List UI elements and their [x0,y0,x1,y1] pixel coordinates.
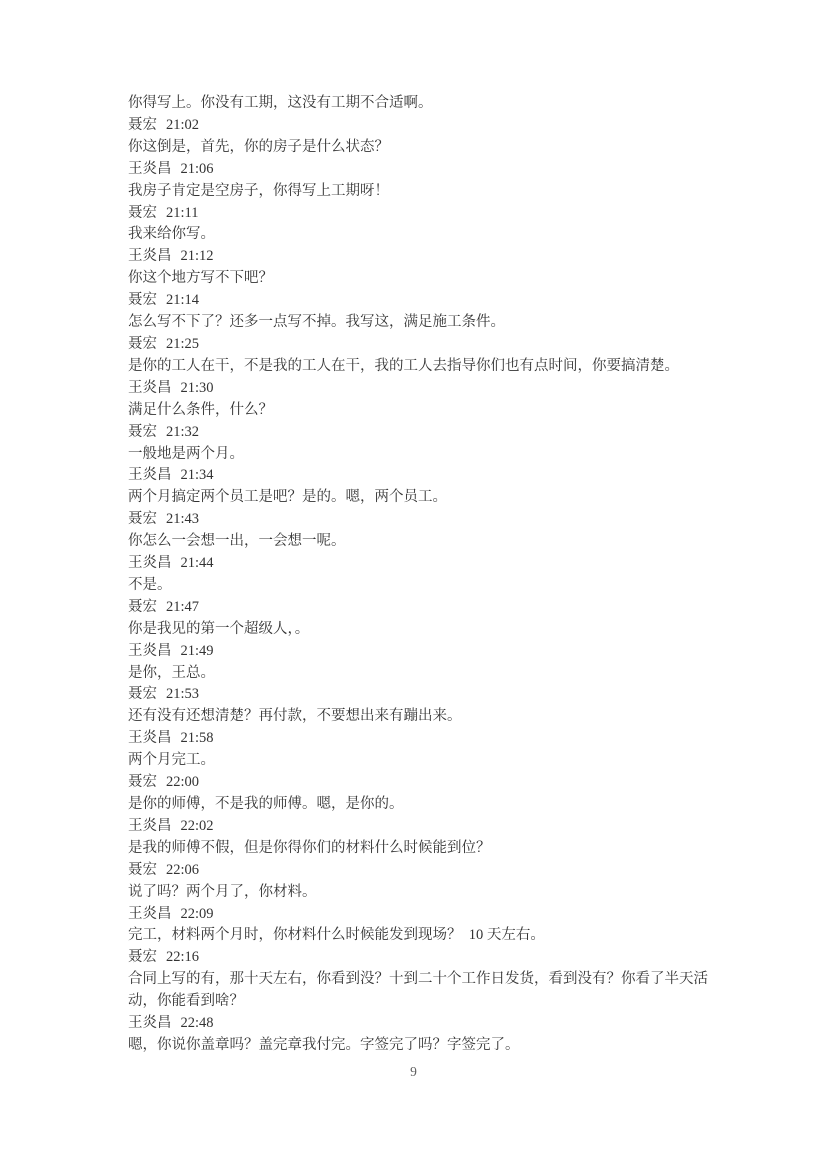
transcript-text: 还有没有还想清楚？再付款，不要想出来有蹦出来。 [128,706,714,728]
speaker-time-row: 聂宏21:02 [128,115,714,137]
document-page: 你得写上。你没有工期，这没有工期不合适啊。聂宏21:02你这倒是，首先，你的房子… [0,0,827,1169]
speaker-time-row: 聂宏22:00 [128,772,714,794]
timestamp: 21:14 [166,290,199,312]
speaker-time-row: 王炎昌22:02 [128,816,714,838]
transcript-text: 完工，材料两个月时，你材料什么时候能发到现场？ 10 天左右。 [128,925,714,947]
transcript-text: 满足什么条件，什么？ [128,400,714,422]
timestamp: 21:34 [181,465,214,487]
transcript-text: 不是。 [128,575,714,597]
transcript: 你得写上。你没有工期，这没有工期不合适啊。聂宏21:02你这倒是，首先，你的房子… [128,93,714,1057]
speaker-name: 聂宏 [128,597,157,619]
timestamp: 21:25 [166,334,199,356]
timestamp: 22:16 [166,947,199,969]
transcript-text: 两个月完工。 [128,750,714,772]
speaker-time-row: 王炎昌21:34 [128,465,714,487]
speaker-name: 王炎昌 [128,641,172,663]
timestamp: 22:06 [166,860,199,882]
transcript-text: 你得写上。你没有工期，这没有工期不合适啊。 [128,93,714,115]
speaker-time-row: 聂宏21:32 [128,422,714,444]
speaker-time-row: 王炎昌21:06 [128,159,714,181]
speaker-name: 王炎昌 [128,246,172,268]
speaker-name: 聂宏 [128,860,157,882]
speaker-name: 王炎昌 [128,553,172,575]
speaker-name: 聂宏 [128,422,157,444]
speaker-time-row: 王炎昌21:12 [128,246,714,268]
speaker-time-row: 王炎昌22:09 [128,904,714,926]
timestamp: 21:06 [181,159,214,181]
speaker-time-row: 王炎昌21:30 [128,378,714,400]
timestamp: 21:30 [181,378,214,400]
speaker-name: 王炎昌 [128,1013,172,1035]
speaker-time-row: 王炎昌21:58 [128,728,714,750]
speaker-name: 王炎昌 [128,904,172,926]
speaker-time-row: 王炎昌22:48 [128,1013,714,1035]
speaker-name: 聂宏 [128,115,157,137]
speaker-time-row: 王炎昌21:44 [128,553,714,575]
timestamp: 22:09 [181,904,214,926]
transcript-text: 你怎么一会想一出，一会想一呢。 [128,531,714,553]
transcript-text: 说了吗？两个月了，你材料。 [128,882,714,904]
timestamp: 21:44 [181,553,214,575]
timestamp: 22:00 [166,772,199,794]
speaker-name: 聂宏 [128,947,157,969]
page-number: 9 [0,1063,827,1081]
transcript-text: 嗯，你说你盖章吗？盖完章我付完。字签完了吗？字签完了。 [128,1035,714,1057]
timestamp: 21:47 [166,597,199,619]
transcript-text: 是你的师傅，不是我的师傅。嗯，是你的。 [128,794,714,816]
speaker-name: 聂宏 [128,290,157,312]
transcript-text: 你这倒是，首先，你的房子是什么状态？ [128,137,714,159]
speaker-time-row: 聂宏21:47 [128,597,714,619]
timestamp: 22:48 [181,1013,214,1035]
speaker-name: 王炎昌 [128,728,172,750]
transcript-text: 合同上写的有，那十天左右，你看到没？十到二十个工作日发货，看到没有？你看了半天活… [128,969,714,1013]
speaker-time-row: 聂宏21:11 [128,203,714,225]
speaker-name: 王炎昌 [128,465,172,487]
transcript-text: 我房子肯定是空房子，你得写上工期呀！ [128,181,714,203]
timestamp: 21:02 [166,115,199,137]
timestamp: 21:58 [181,728,214,750]
transcript-text: 你这个地方写不下吧？ [128,268,714,290]
timestamp: 21:53 [166,684,199,706]
timestamp: 21:12 [181,246,214,268]
speaker-name: 聂宏 [128,684,157,706]
speaker-time-row: 聂宏21:25 [128,334,714,356]
transcript-text: 是你，王总。 [128,663,714,685]
speaker-name: 王炎昌 [128,816,172,838]
timestamp: 21:49 [181,641,214,663]
speaker-name: 聂宏 [128,772,157,794]
speaker-time-row: 王炎昌21:49 [128,641,714,663]
transcript-text: 一般地是两个月。 [128,444,714,466]
speaker-time-row: 聂宏21:53 [128,684,714,706]
timestamp: 22:02 [181,816,214,838]
speaker-time-row: 聂宏22:06 [128,860,714,882]
speaker-name: 聂宏 [128,203,157,225]
speaker-time-row: 聂宏21:43 [128,509,714,531]
speaker-time-row: 聂宏21:14 [128,290,714,312]
transcript-text: 你是我见的第一个超级人，。 [128,619,714,641]
transcript-text: 是你的工人在干，不是我的工人在干，我的工人去指导你们也有点时间，你要搞清楚。 [128,356,714,378]
timestamp: 21:43 [166,509,199,531]
transcript-text: 是我的师傅不假，但是你得你们的材料什么时候能到位？ [128,838,714,860]
transcript-text: 怎么写不下了？还多一点写不掉。我写这，满足施工条件。 [128,312,714,334]
transcript-text: 两个月搞定两个员工是吧？是的。嗯，两个员工。 [128,487,714,509]
speaker-name: 聂宏 [128,509,157,531]
speaker-name: 王炎昌 [128,378,172,400]
timestamp: 21:11 [166,203,199,225]
timestamp: 21:32 [166,422,199,444]
speaker-name: 王炎昌 [128,159,172,181]
speaker-time-row: 聂宏22:16 [128,947,714,969]
transcript-text: 我来给你写。 [128,224,714,246]
speaker-name: 聂宏 [128,334,157,356]
